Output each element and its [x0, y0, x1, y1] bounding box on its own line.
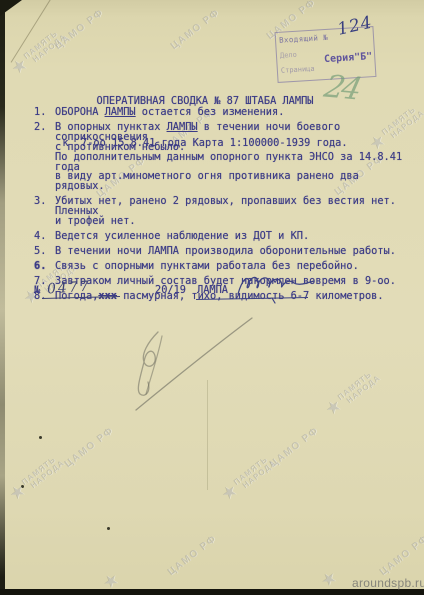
- archive-watermark-star: ★ПАМЯТЬНАРОДА: [8, 453, 67, 504]
- star-icon: ★: [10, 485, 26, 500]
- stamp-series-label: Серия"Б": [324, 51, 373, 65]
- archive-watermark-star: ★ПАМЯТЬНАРОДА: [324, 368, 383, 419]
- archive-watermark: ЦАМО РФ: [53, 7, 106, 52]
- unit-name: ЛАМПА: [197, 284, 228, 296]
- star-icon: ★: [12, 59, 28, 74]
- archive-watermark: ЦАМО РФ: [63, 425, 116, 470]
- handwritten-doc-number: 0477: [46, 278, 91, 297]
- item-text: В опорных пунктах ЛАМПЫ в течении ночи б…: [55, 123, 410, 192]
- archive-watermark: ЦАМО РФ: [268, 425, 321, 470]
- site-watermark: aroundspb.ru: [352, 576, 424, 590]
- paper-speck: [39, 436, 42, 439]
- report-item-4: 4. Ведется усиленное наблюдение из ДОТ и…: [34, 232, 410, 242]
- pencil-scribble: [100, 310, 270, 420]
- report-item-6: 6. Связь с опорными пунктами работала бе…: [34, 262, 410, 272]
- scan-corner-topleft: [0, 0, 22, 16]
- report-body: 1. ОБОРОНА ЛАМПЫ остается без изменения.…: [34, 108, 410, 307]
- star-icon: ★: [222, 485, 238, 500]
- item-number: 5.: [34, 247, 55, 257]
- item-number: 2.: [34, 123, 55, 192]
- report-item-5: 5. В течении ночи ЛАМПА производила обор…: [34, 247, 410, 257]
- stamp-case-label: Дело: [280, 51, 297, 60]
- item-number: 4.: [34, 232, 55, 242]
- archive-watermark-star: ★ПАМЯТЬНАРОДА: [220, 453, 279, 504]
- item-text: ОБОРОНА ЛАМПЫ остается без изменения.: [55, 108, 410, 118]
- signature-block: № 0477 20/19 ЛАМПА: [0, 278, 424, 308]
- star-icon: ★: [318, 568, 340, 590]
- archive-watermark: ЦАМО РФ: [166, 533, 219, 578]
- report-item-3: 3. Убитых нет, ранено 2 рядовых, пропавш…: [34, 197, 410, 227]
- item-text: Связь с опорными пунктами работала без п…: [55, 262, 410, 272]
- scanned-report-page: ЦАМО РФ ЦАМО РФ ЦАМО РФ ЦАМО РФ ЦАМО РФ …: [0, 0, 424, 595]
- stamp-incoming-label: Входящий №: [279, 33, 329, 45]
- commander-signature: [234, 270, 320, 304]
- item-text: В течении ночи ЛАМПА производила оборони…: [55, 247, 410, 257]
- archive-watermark: ЦАМО РФ: [378, 533, 424, 578]
- item-number: 1.: [34, 108, 55, 118]
- item-number: 6.: [34, 262, 55, 272]
- doc-number-sign: №: [34, 284, 40, 296]
- item-text: Ведется усиленное наблюдение из ДОТ и КП…: [55, 232, 410, 242]
- doc-date: 20/19: [155, 284, 186, 296]
- report-item-1: 1. ОБОРОНА ЛАМПЫ остается без изменения.: [34, 108, 410, 118]
- paper-speck: [107, 527, 110, 530]
- paper-speck: [21, 485, 24, 488]
- paper-crease: [11, 0, 53, 63]
- star-icon: ★: [326, 400, 342, 415]
- item-text: Убитых нет, ранено 2 рядовых, пропавших …: [55, 197, 410, 227]
- report-item-2: 2. В опорных пунктах ЛАМПЫ в течении ноч…: [34, 123, 410, 192]
- item-number: 3.: [34, 197, 55, 227]
- handwritten-incoming-number: 124: [336, 13, 375, 40]
- archive-watermark: ЦАМО РФ: [169, 7, 222, 52]
